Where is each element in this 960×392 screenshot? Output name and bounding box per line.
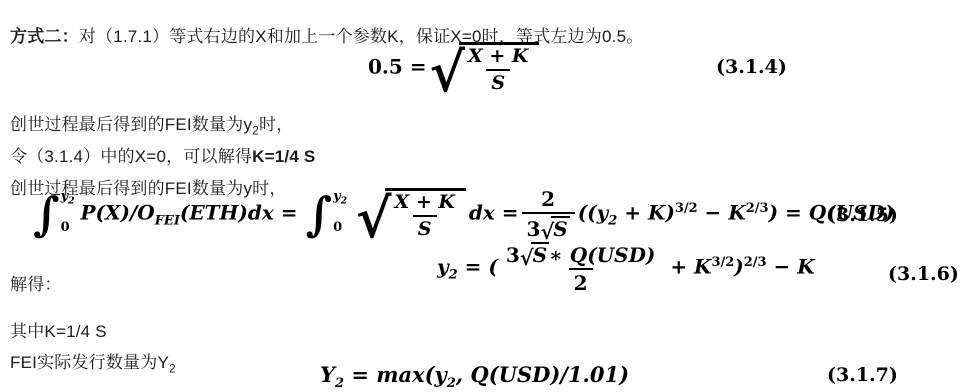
fraction: X + KS bbox=[463, 46, 533, 94]
equation-tag-3-1-6: (3.1.6) bbox=[888, 263, 959, 285]
eq317-max-open: = max(y bbox=[344, 362, 447, 387]
eq317-qusd: , Q(USD)/1.01) bbox=[456, 362, 629, 387]
integral-lower-limit: 0 bbox=[333, 221, 347, 234]
fraction: 23√S bbox=[522, 188, 575, 240]
integral-glyph: ∫ bbox=[306, 188, 333, 240]
eq315-y-sub: 2 bbox=[608, 214, 617, 229]
eq316-close-paren: ) bbox=[734, 255, 743, 279]
radical-symbol: √X + KS bbox=[356, 188, 466, 240]
integral-glyph: ∫ bbox=[33, 188, 60, 240]
fei-sub: 2 bbox=[169, 361, 176, 375]
eq316-lhs: y bbox=[437, 255, 449, 279]
eq315-ofei-sub: FEI bbox=[155, 214, 180, 229]
eq315-exp-3-2: 3/2 bbox=[675, 201, 698, 216]
let-x-line: 令（3.1.4）中的X=0，可以解得K=1/4 S bbox=[10, 146, 315, 168]
eq316-exp-3-2: 3/2 bbox=[711, 255, 734, 270]
equation-tag-3-1-5: (3.1.5) bbox=[827, 204, 898, 226]
intro-line: 方式二：对（1.7.1）等式右边的X和加上一个参数K，保证X=0时，等式左边为0… bbox=[10, 26, 643, 48]
integral-upper-limit: y2 bbox=[333, 190, 347, 203]
eq315-exp-2-3: 2/3 bbox=[746, 201, 769, 216]
radical-symbol: √S bbox=[540, 216, 569, 240]
integral-lower-limit: 0 bbox=[61, 221, 75, 234]
method-label: 方式二： bbox=[10, 27, 79, 46]
intro-text: 对（1.7.1）等式右边的X和加上一个参数K，保证X=0时，等式左边为0.5。 bbox=[79, 27, 644, 46]
equation-tag-3-1-4: (3.1.4) bbox=[716, 56, 787, 78]
eq315-open: ((y bbox=[578, 201, 609, 225]
eq315-plus-k: + K) bbox=[617, 201, 675, 225]
eq316-num-coef: 3 bbox=[506, 244, 520, 266]
eq315-rad-denominator: S bbox=[413, 215, 437, 240]
genesis-y2-sub: 2 bbox=[252, 123, 259, 137]
fei-issuance-line: FEI实际发行数量为Y2 bbox=[10, 352, 176, 374]
eq316-den: 2 bbox=[569, 268, 593, 294]
genesis-y2-post: 时， bbox=[259, 115, 293, 134]
eq315-den-radicand: S bbox=[551, 216, 569, 240]
eq316-lhs-sub: 2 bbox=[449, 268, 458, 283]
fraction: 3√S ∗ Q(USD)2 bbox=[501, 242, 661, 294]
integral-upper-limit: y2 bbox=[61, 190, 75, 203]
fraction: X + KS bbox=[389, 192, 459, 240]
eq314-numerator: X + K bbox=[463, 46, 533, 69]
eq317-lhs: Y bbox=[320, 362, 335, 387]
eq315-integrand: P(X)/O bbox=[80, 201, 154, 225]
radical-symbol: √S bbox=[520, 242, 549, 266]
eq314-denominator: S bbox=[486, 69, 510, 94]
eq316-equals-open: = ( bbox=[458, 255, 498, 279]
document-page: 方式二：对（1.7.1）等式右边的X和加上一个参数K，保证X=0时，等式左边为0… bbox=[0, 0, 960, 392]
equation-3-1-4: 0.5 =√X + KS bbox=[368, 42, 542, 94]
equation-tag-3-1-7: (3.1.7) bbox=[827, 364, 898, 386]
eq317-y-sub: 2 bbox=[447, 376, 456, 391]
eq315-rad-numerator: X + K bbox=[389, 192, 459, 215]
integral-symbol: ∫y20 bbox=[306, 188, 347, 240]
equation-3-1-7: Y2 = max(y2, Q(USD)/1.01) bbox=[320, 362, 629, 387]
eq316-plus-k: + K bbox=[663, 255, 711, 279]
equation-3-1-5: ∫y20P(X)/OFEI(ETH)dx =∫y20√X + KSdx =23√… bbox=[33, 188, 894, 240]
solve-label: 解得： bbox=[10, 274, 62, 296]
eq315-den-coef: 3 bbox=[527, 218, 541, 240]
let-x-pre: 令（3.1.4）中的X=0，可以解得 bbox=[10, 147, 252, 166]
eq316-minus-k: − K bbox=[767, 255, 815, 279]
where-k-line: 其中K=1/4 S bbox=[10, 321, 107, 343]
fei-pre: FEI实际发行数量为Y bbox=[10, 353, 169, 372]
equation-3-1-6: y2 = (3√S ∗ Q(USD)2 + K3/2)2/3 − K bbox=[437, 242, 815, 294]
radical-symbol: √X + KS bbox=[430, 42, 540, 94]
integral-symbol: ∫y20 bbox=[33, 188, 74, 240]
eq315-minus-k: − K bbox=[698, 201, 746, 225]
eq316-num-radicand: S bbox=[531, 242, 549, 266]
genesis-y2-pre: 创世过程最后得到的FEI数量为y bbox=[10, 115, 252, 134]
eq316-num-rest: ∗ Q(USD) bbox=[549, 244, 655, 266]
genesis-fei-y2-line: 创世过程最后得到的FEI数量为y2时， bbox=[10, 114, 293, 136]
eq314-lhs: 0.5 = bbox=[368, 54, 427, 78]
eq315-eth-dx: (ETH)dx = bbox=[180, 201, 298, 225]
eq316-exp-2-3: 2/3 bbox=[744, 255, 767, 270]
eq317-lhs-sub: 2 bbox=[335, 376, 344, 391]
k-value-bold: K=1/4 S bbox=[252, 147, 315, 166]
eq315-frac-num: 2 bbox=[536, 188, 560, 212]
eq315-dx-equals: dx = bbox=[469, 201, 519, 225]
